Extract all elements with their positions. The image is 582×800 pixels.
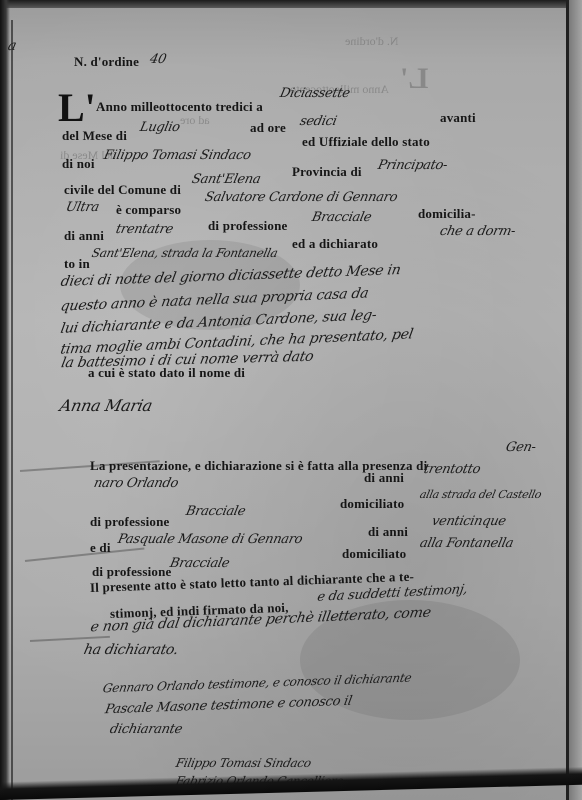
- handwritten-witness1-age: trentotto: [422, 462, 481, 477]
- scan-edge-left: [0, 0, 10, 800]
- printed-domiciliato: domiciliato: [340, 496, 404, 512]
- printed-provincia-label: Provincia di: [292, 164, 362, 180]
- printed-age-label: di anni: [368, 524, 408, 540]
- printed-name-label: a cui è stato dato il nome di: [88, 365, 245, 381]
- page-fold-line: [11, 20, 13, 800]
- handwritten-witness1-start: Gen-: [504, 440, 537, 455]
- printed-to-in: to in: [64, 256, 90, 272]
- handwritten-month: Luglio: [138, 120, 181, 135]
- printed-comparso: è comparso: [116, 202, 181, 218]
- bleed-through-text: ad ore: [180, 113, 210, 128]
- printed-domiciliato: domiciliato: [342, 546, 406, 562]
- printed-hour-label: ad ore: [250, 120, 286, 136]
- handwritten-witness1-profession: Bracciale: [184, 504, 246, 519]
- handwritten-ultra: Ultra: [64, 200, 100, 215]
- handwritten-comune: Sant'Elena: [190, 172, 261, 187]
- printed-di-noi: di noi: [62, 156, 95, 172]
- printed-officer-text: ed Uffiziale dello stato: [302, 134, 430, 150]
- printed-comune-label: civile del Comune di: [64, 182, 181, 198]
- dropcap-letter: L': [58, 88, 96, 128]
- handwritten-witness2-name: Pasquale Masone di Gennaro: [116, 532, 303, 547]
- bleed-through-dropcap: L': [400, 62, 428, 96]
- witness2-signature-cont: dichiarante: [108, 722, 183, 737]
- handwritten-witness2-profession: Bracciale: [168, 556, 230, 571]
- printed-year-text: Anno milleottocento tredici a: [96, 99, 263, 115]
- printed-age-label: di anni: [364, 470, 404, 486]
- scan-edge-bottom: [0, 767, 582, 800]
- scanned-document-page: N. d'ordine Anno milleottocento del Mese…: [0, 0, 582, 800]
- handwritten-provincia: Principato-: [376, 158, 448, 173]
- order-number: 40: [148, 52, 167, 67]
- handwritten-witness2-address: alla Fontanella: [418, 536, 514, 551]
- handwritten-witness1-name: naro Orlando: [92, 476, 179, 491]
- paper-crease: [25, 547, 145, 562]
- printed-age-label: di anni: [64, 228, 104, 244]
- printed-e-di: e di: [90, 540, 111, 556]
- handwritten-mayor-name: Filippo Tomasi Sindaco: [102, 148, 252, 163]
- handwritten-closing-line: ha dichiarato.: [82, 642, 179, 658]
- printed-month-label: del Mese di: [62, 128, 127, 144]
- handwritten-child-name: Anna Maria: [58, 396, 154, 415]
- handwritten-declarant-name: Salvatore Cardone di Gennaro: [203, 190, 398, 205]
- bleed-through-text: N. d'ordine: [345, 34, 398, 49]
- handwritten-witness2-age: venticinque: [430, 514, 507, 529]
- witness2-signature: Pascale Masone testimone e conosco il: [104, 694, 353, 718]
- printed-profession-label: di professione: [208, 218, 288, 234]
- printed-domicilia: domicilia-: [418, 206, 476, 222]
- handwritten-continuation: che a dorm-: [438, 224, 516, 239]
- printed-dichiarato: ed a dichiarato: [292, 236, 378, 252]
- mayor-signature: Filippo Tomasi Sindaco: [175, 756, 313, 770]
- handwritten-address: Sant'Elena, strada la Fontanella: [91, 246, 279, 260]
- scan-edge-right: [569, 0, 582, 800]
- printed-avanti: avanti: [440, 110, 476, 126]
- order-label: N. d'ordine: [74, 54, 139, 70]
- handwritten-day: Diciassette: [278, 86, 351, 101]
- printed-profession-label: di professione: [90, 514, 170, 530]
- scan-edge-top: [0, 0, 582, 8]
- handwritten-declarant-age: trentatre: [114, 222, 174, 237]
- handwritten-declarant-profession: Bracciale: [310, 210, 372, 225]
- handwritten-hour: sedici: [298, 114, 338, 129]
- handwritten-witness1-address: alla strada del Castello: [419, 488, 543, 501]
